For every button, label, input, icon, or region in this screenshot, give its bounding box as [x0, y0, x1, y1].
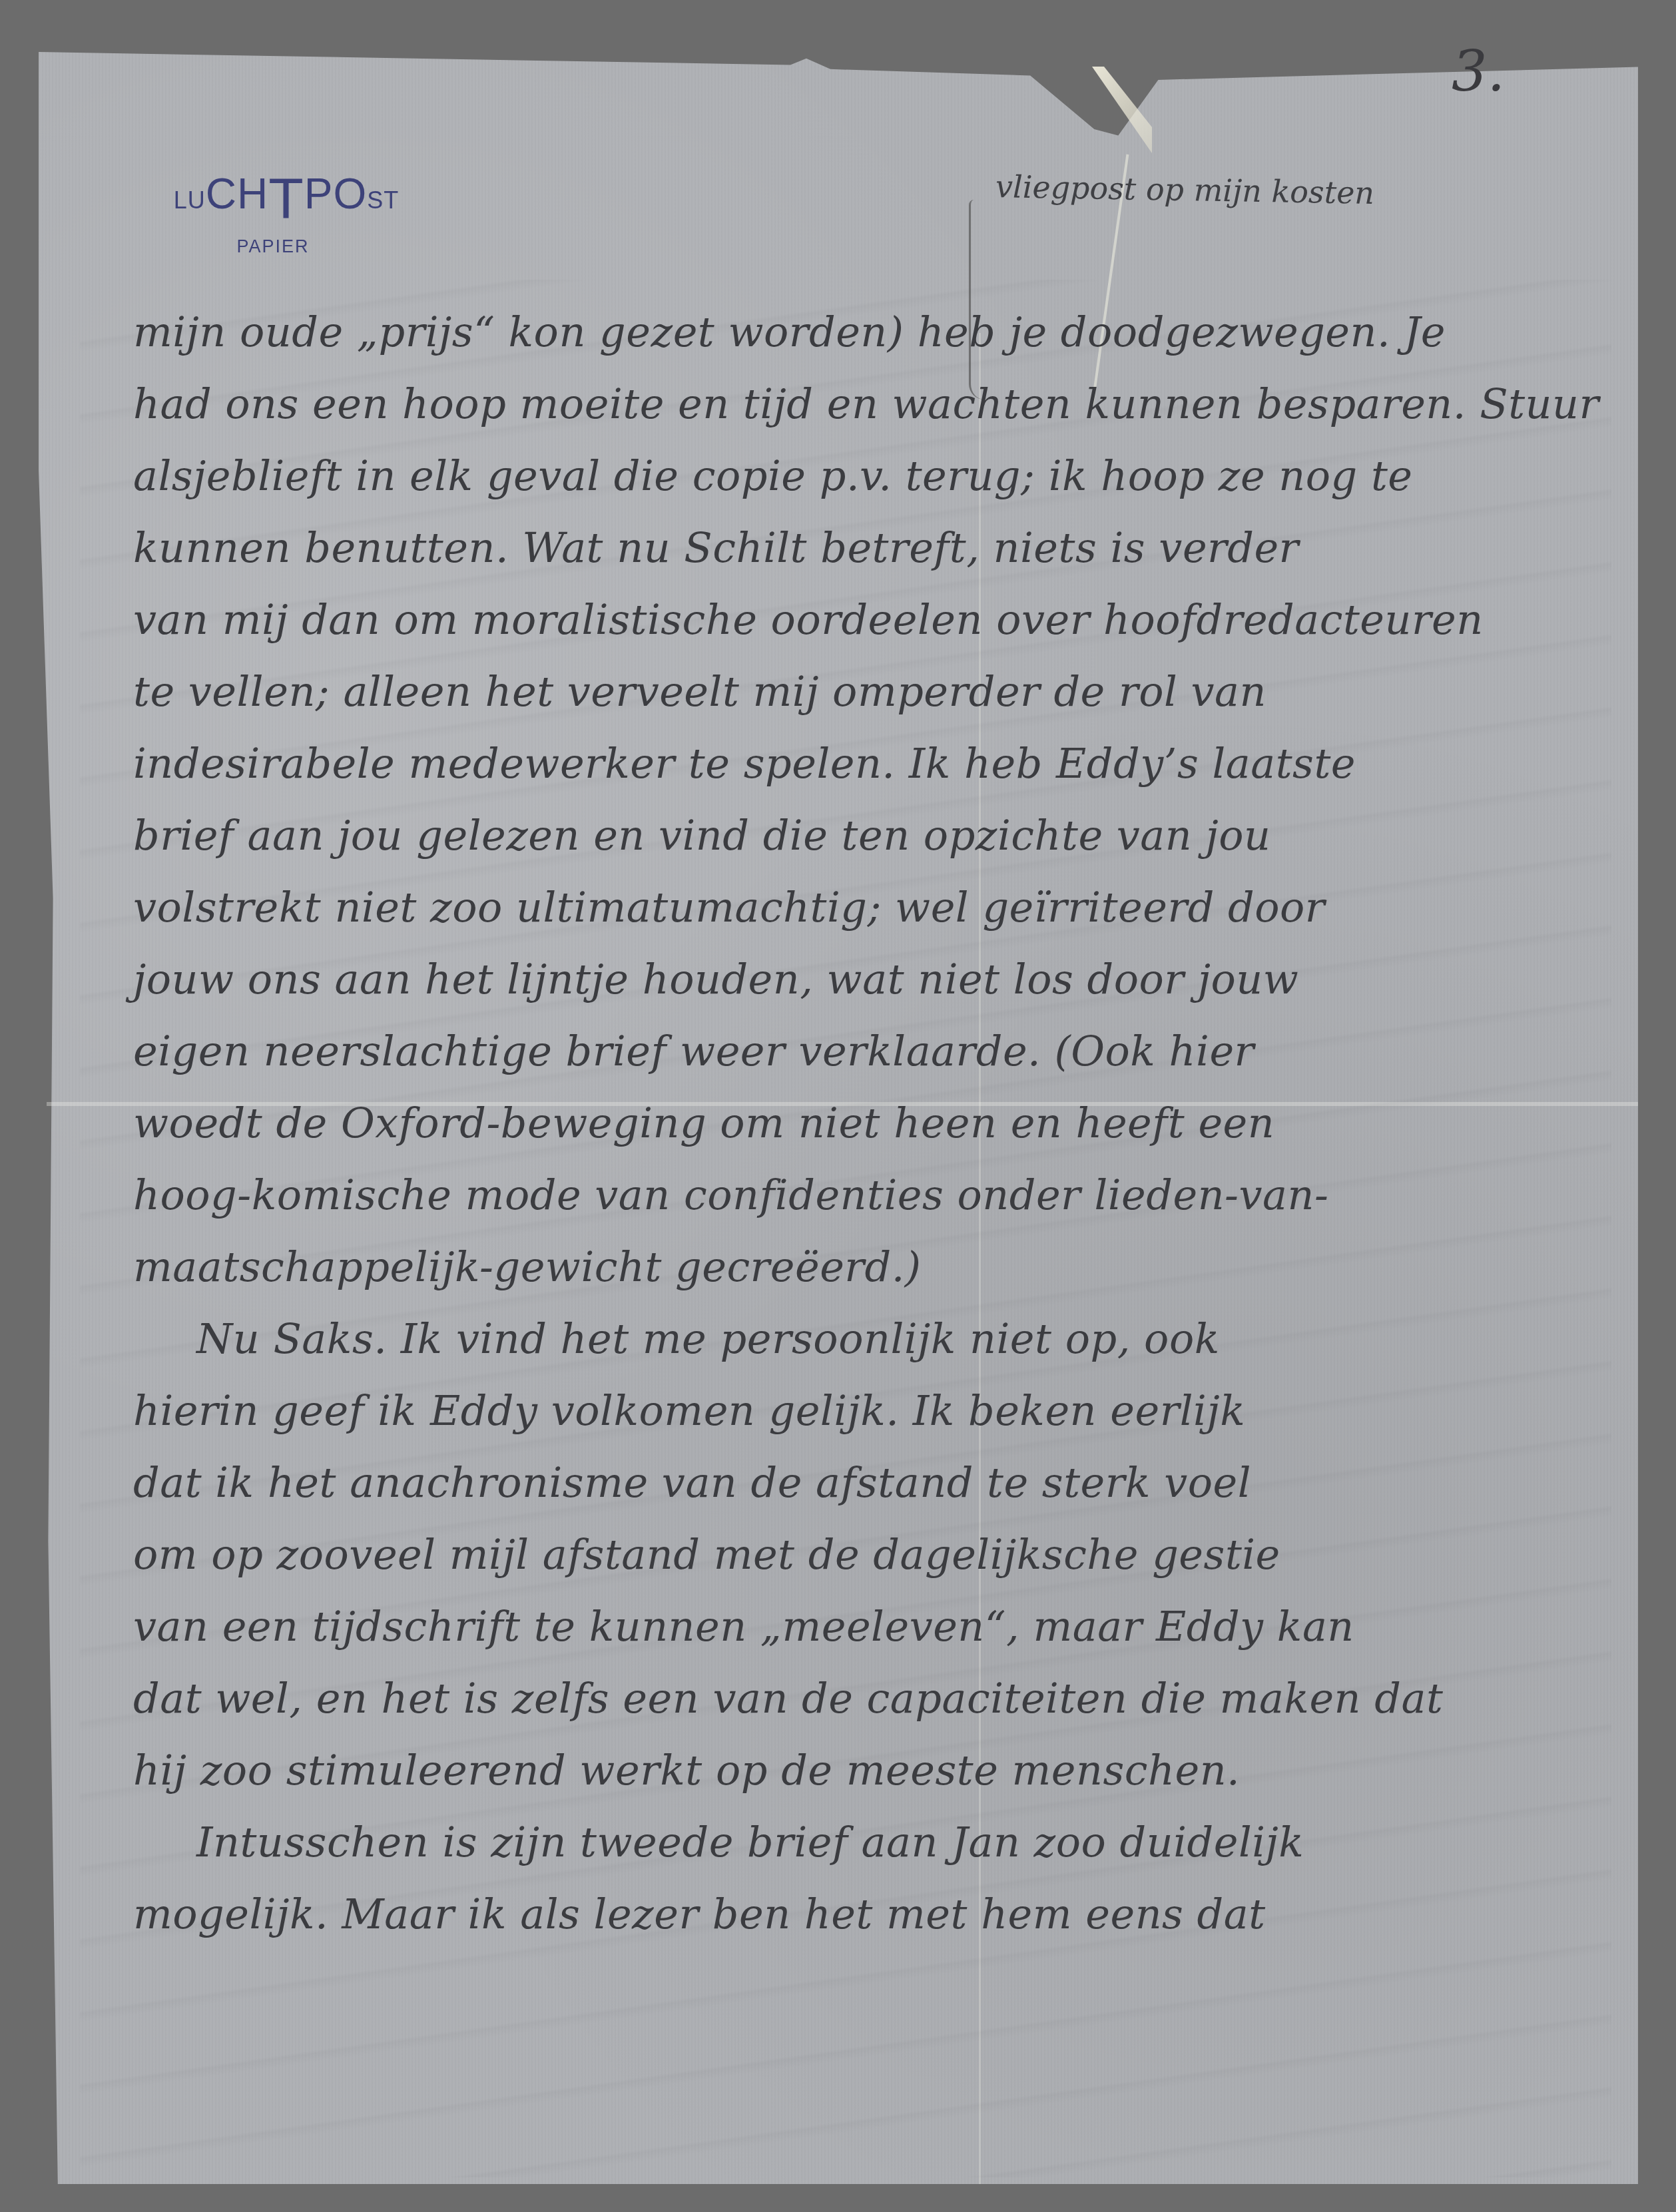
letter-line: van een tijdschrift te kunnen „meeleven“…	[133, 1591, 1631, 1663]
letter-line: dat wel, en het is zelfs een van de capa…	[133, 1663, 1631, 1735]
letter-line: maatschappelijk-gewicht gecreëerd.)	[133, 1231, 1631, 1303]
letter-line: eigen neerslachtige brief weer verklaard…	[133, 1015, 1631, 1087]
letterhead-subtitle: PAPIER	[63, 236, 483, 257]
letter-line: had ons een hoop moeite en tijd en wacht…	[133, 368, 1631, 440]
letter-line: brief aan jou gelezen en vind die ten op…	[133, 800, 1631, 872]
letter-line: van mij dan om moralistische oordeelen o…	[133, 584, 1631, 656]
letter-line: woedt de Oxford-beweging om niet heen en…	[133, 1087, 1631, 1159]
page-number: 3.	[1452, 39, 1505, 104]
letter-line-paragraph-start: Nu Saks. Ik vind het me persoonlijk niet…	[133, 1303, 1631, 1375]
letter-line: mijn oude „prijs“ kon gezet worden) heb …	[133, 296, 1631, 368]
letter-line: dat ik het anachronisme van de afstand t…	[133, 1447, 1631, 1519]
letter-line: alsjeblieft in elk geval die copie p.v. …	[133, 440, 1631, 512]
letter-line: hij zoo stimuleerend werkt op de meeste …	[133, 1735, 1631, 1806]
letter-line: te vellen; alleen het verveelt mij omper…	[133, 656, 1631, 728]
letter-line: jouw ons aan het lijntje houden, wat nie…	[133, 944, 1631, 1015]
letterhead: LUCHTPOST PAPIER	[90, 170, 483, 257]
letter-line: mogelijk. Maar ik als lezer ben het met …	[133, 1878, 1631, 1950]
letterhead-title: LUCHTPOST	[90, 170, 483, 227]
letter-line: hierin geef ik Eddy volkomen gelijk. Ik …	[133, 1375, 1631, 1447]
letter-line: kunnen benutten. Wat nu Schilt betreft, …	[133, 512, 1631, 584]
letter-line: hoog-komische mode van confidenties onde…	[133, 1159, 1631, 1231]
letter-line-paragraph-start: Intusschen is zijn tweede brief aan Jan …	[133, 1806, 1631, 1878]
letter-body: mijn oude „prijs“ kon gezet worden) heb …	[133, 296, 1631, 1950]
margin-note: vliegpost op mijn kosten	[995, 168, 1375, 211]
letter-line: om op zooveel mijl afstand met de dageli…	[133, 1519, 1631, 1591]
letter-line: volstrekt niet zoo ultimatumachtig; wel …	[133, 872, 1631, 944]
letter-line: indesirabele medewerker te spelen. Ik he…	[133, 728, 1631, 800]
